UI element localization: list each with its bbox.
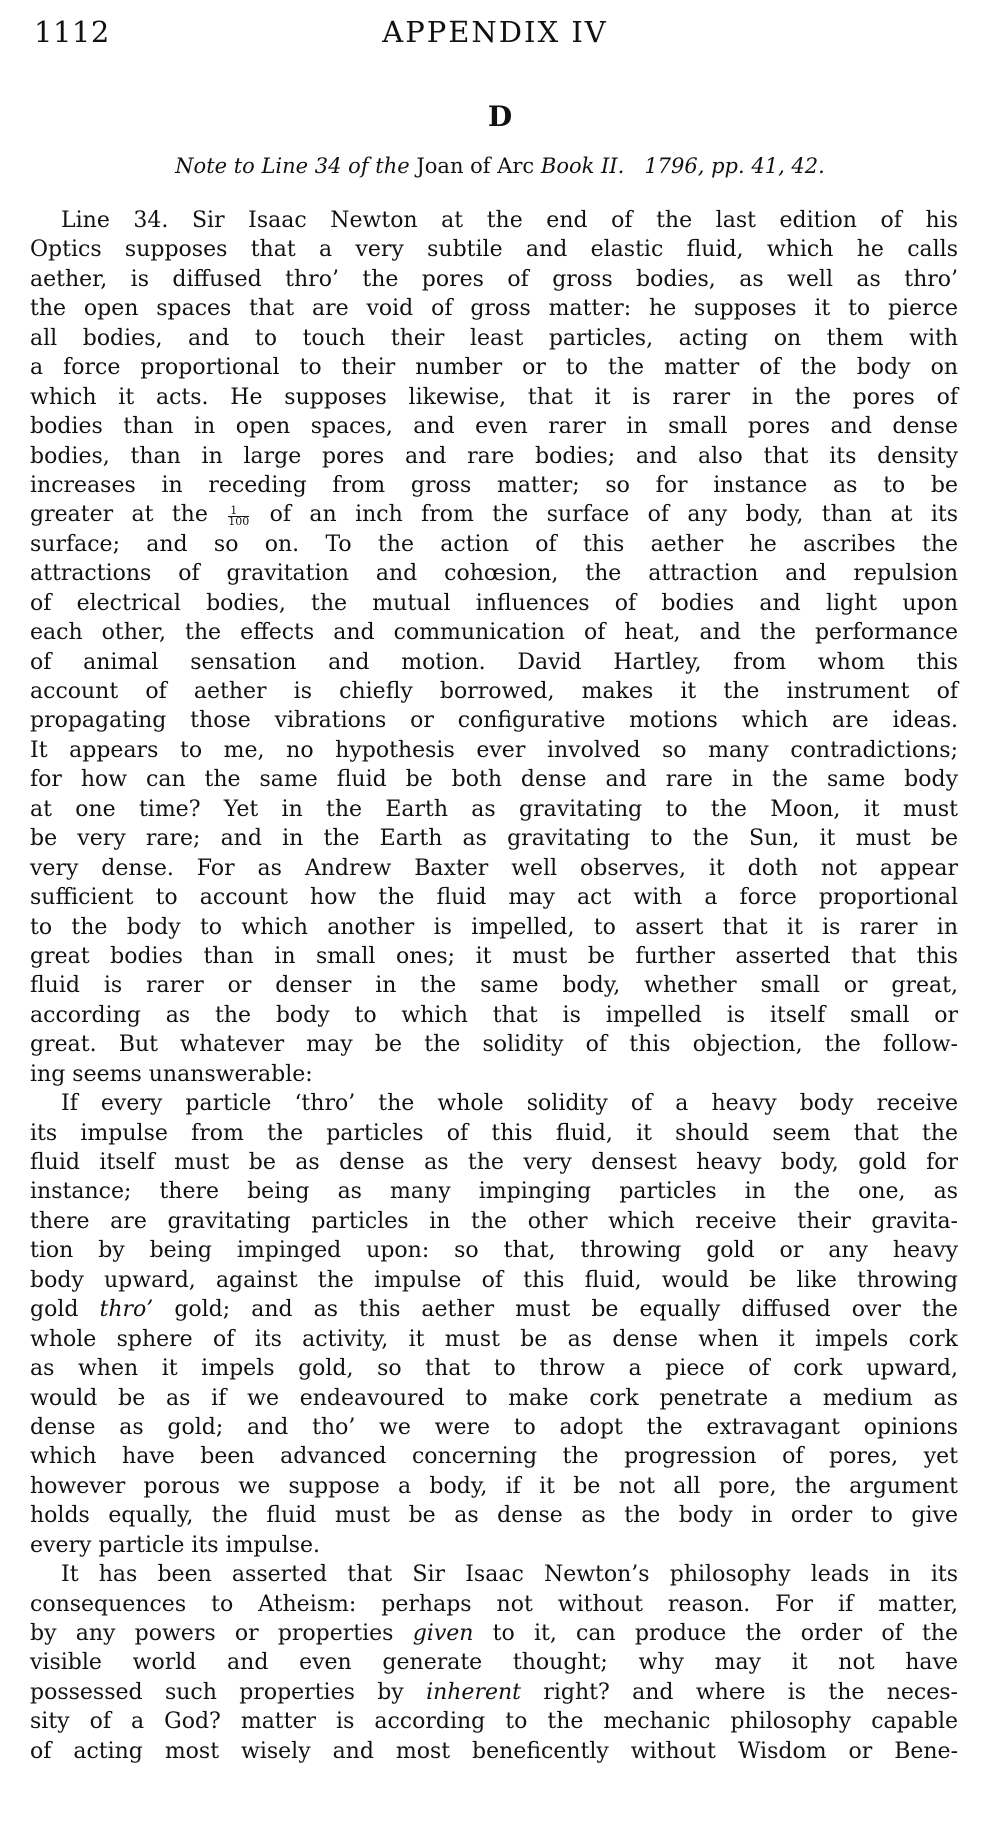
body-text: Line 34. Sir Isaac Newton at the end of … [30, 206, 958, 1766]
line-segment: gold [30, 1297, 78, 1322]
line-segment: to it, can produce the order of the [493, 1621, 958, 1646]
text-line: great bodies than in small ones; it must… [30, 942, 958, 971]
text-line: according as the body to which that is i… [30, 1001, 958, 1030]
text-line: sufficient to account how the fluid may … [30, 883, 958, 912]
line-segment: greater at the [30, 502, 208, 527]
text-line: attractions of gravitation and cohœsion,… [30, 559, 958, 588]
text-line: would be as if we endeavoured to make co… [30, 1384, 958, 1413]
text-line: surface; and so on. To the action of thi… [30, 530, 958, 559]
text-line: there are gravitating particles in the o… [30, 1207, 958, 1236]
text-line: a force proportional to their number or … [30, 353, 958, 382]
italic-word: inherent [426, 1680, 521, 1705]
text-line: at one time? Yet in the Earth as gravita… [30, 795, 958, 824]
italic-word: thro’ [100, 1297, 154, 1322]
line-segment: of an inch from the surface of any body,… [270, 502, 958, 527]
text-line: which it acts. He supposes likewise, tha… [30, 383, 958, 412]
text-line: every particle its impulse. [30, 1531, 958, 1560]
text-line-with-fraction: greater at the 1100 of an inch from the … [30, 500, 958, 529]
text-line: Line 34. Sir Isaac Newton at the end of … [30, 206, 958, 235]
line-segment: right? and where is the neces- [543, 1680, 958, 1705]
line-segment: possessed such properties by [30, 1680, 404, 1705]
text-line: If every particle ‘thro’ the whole solid… [30, 1089, 958, 1118]
text-line-with-italic: by any powers or properties given to it,… [30, 1619, 958, 1648]
text-line: fluid itself must be as dense as the ver… [30, 1148, 958, 1177]
text-line: dense as gold; and tho’ we were to adopt… [30, 1413, 958, 1442]
running-head: APPENDIX IV [0, 14, 1000, 50]
text-line: for how can the same fluid be both dense… [30, 765, 958, 794]
text-line: all bodies, and to touch their least par… [30, 324, 958, 353]
note-title-book: Book II. [541, 154, 624, 178]
text-line: of electrical bodies, the mutual influen… [30, 589, 958, 618]
text-line: consequences to Atheism: perhaps not wit… [30, 1590, 958, 1619]
text-line: fluid is rarer or denser in the same bod… [30, 971, 958, 1000]
text-line: tion by being impinged upon: so that, th… [30, 1236, 958, 1265]
text-line: bodies than in open spaces, and even rar… [30, 412, 958, 441]
text-line: be very rare; and in the Earth as gravit… [30, 824, 958, 853]
text-line: aether, is diffused thro’ the pores of g… [30, 265, 958, 294]
text-line: of acting most wisely and most beneficen… [30, 1737, 958, 1766]
note-title-prefix: Note to Line 34 of the [175, 154, 410, 178]
text-line: body upward, against the impulse of this… [30, 1266, 958, 1295]
text-line-with-italic: possessed such properties by inherent ri… [30, 1678, 958, 1707]
text-line: bodies, than in large pores and rare bod… [30, 442, 958, 471]
text-line: of animal sensation and motion. David Ha… [30, 648, 958, 677]
text-line: whole sphere of its activity, it must be… [30, 1325, 958, 1354]
text-line: It appears to me, no hypothesis ever inv… [30, 736, 958, 765]
text-line: great. But whatever may be the solidity … [30, 1030, 958, 1059]
note-title-edition: 1796, pp. 41, 42. [644, 154, 825, 178]
text-line: to the body to which another is impelled… [30, 913, 958, 942]
text-line: very dense. For as Andrew Baxter well ob… [30, 854, 958, 883]
text-line: increases in receding from gross matter;… [30, 471, 958, 500]
note-title: Note to Line 34 of the Joan of Arc Book … [0, 151, 1000, 181]
text-line: visible world and even generate thought;… [30, 1648, 958, 1677]
text-line: the open spaces that are void of gross m… [30, 294, 958, 323]
text-line: Optics supposes that a very subtile and … [30, 235, 958, 264]
text-line: which have been advanced concerning the … [30, 1442, 958, 1471]
text-line: propagating those vibrations or configur… [30, 706, 958, 735]
line-segment: gold; and as this aether must be equally… [174, 1297, 958, 1322]
text-line: It has been asserted that Sir Isaac Newt… [30, 1560, 958, 1589]
text-line: holds equally, the fluid must be as dens… [30, 1501, 958, 1530]
text-line: sity of a God? matter is according to th… [30, 1707, 958, 1736]
line-segment: by any powers or properties [30, 1621, 393, 1646]
text-line: each other, the effects and communicatio… [30, 618, 958, 647]
text-line: ing seems unanswerable: [30, 1060, 958, 1089]
text-line: its impulse from the particles of this f… [30, 1119, 958, 1148]
section-letter: D [0, 100, 1000, 134]
text-line: account of aether is chiefly borrowed, m… [30, 677, 958, 706]
text-line: instance; there being as many impinging … [30, 1177, 958, 1206]
text-line: as when it impels gold, so that to throw… [30, 1354, 958, 1383]
note-title-work: Joan of Arc [416, 154, 534, 178]
italic-word: given [413, 1621, 474, 1646]
fraction-denominator: 100 [228, 517, 249, 527]
text-line: however porous we suppose a body, if it … [30, 1472, 958, 1501]
fraction-one-hundredth: 1100 [228, 506, 249, 527]
text-line-with-italic: gold thro’ gold; and as this aether must… [30, 1295, 958, 1324]
